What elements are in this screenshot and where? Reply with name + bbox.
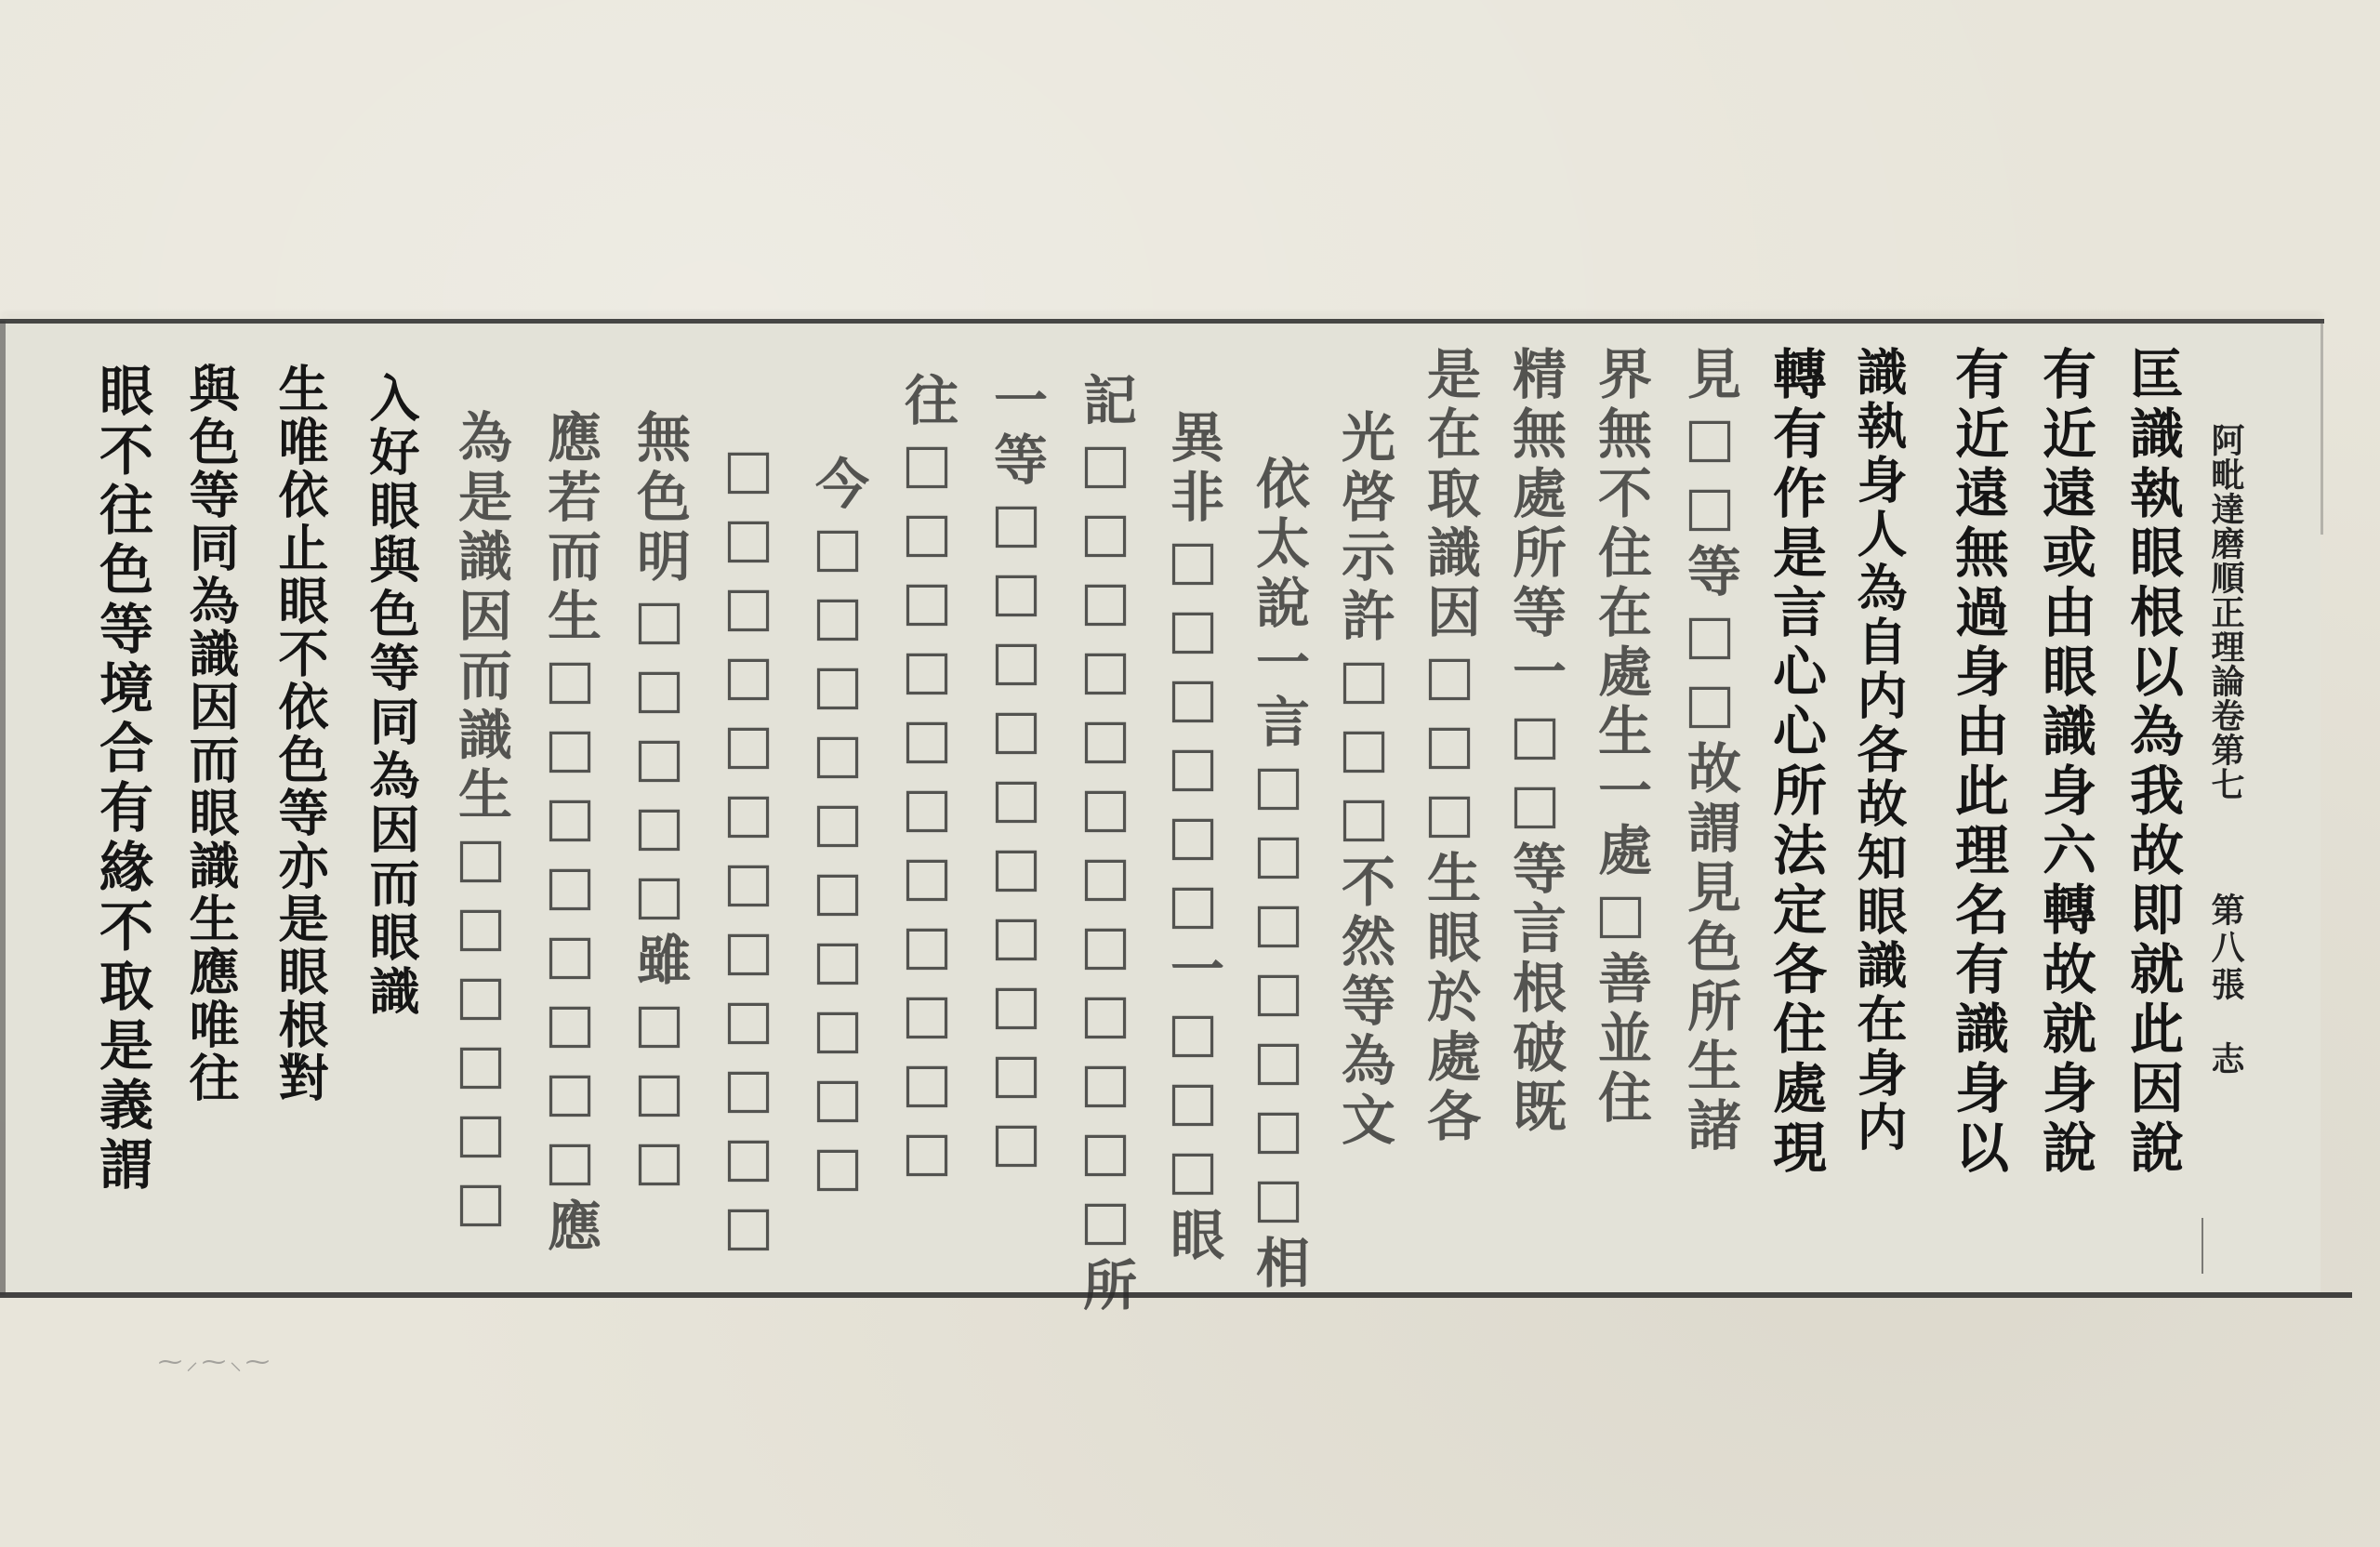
text-column-19: 應若而生□□□□□□□□應 (537, 409, 602, 1257)
text-column-21: 入好眼與色等同為因而眼識 (361, 372, 422, 1019)
text-column-22: 生唯依止眼不依色等亦是眼根對 (271, 363, 329, 1104)
carver-mark: 志 (2205, 1041, 2246, 1078)
text-column-23: 與色等同為識因而眼識生應唯往 (182, 363, 240, 1104)
text-column-3: 有近遠無過身由此理名有識身以 (1945, 346, 2010, 1179)
frame-left-border (0, 321, 6, 1295)
text-column-16: 今□□□□□□□□□□ (805, 456, 870, 1203)
margin-stroke (2201, 1218, 2203, 1274)
text-column-1: 匡識執眼根以為我故即就此因說 (2120, 346, 2185, 1179)
text-column-4: 識執身人為自内各故知眼識在身内 (1848, 346, 1910, 1155)
text-column-24: 眼不往色等境合有緣不取是義謂 (89, 363, 154, 1196)
text-column-18: 無色明□□□□□雖□□□ (627, 409, 692, 1197)
folio-number: 第八張 (2206, 892, 2245, 1004)
text-column-6: 見□□等□□故謂見色所生諸 (1677, 346, 1742, 1157)
text-column-2: 有近遠或由眼識身六轉故就身說 (2032, 346, 2097, 1179)
frame-top-border (0, 319, 2324, 324)
marginal-scribble: ⁓⸝⁓⸜⁓ (158, 1343, 273, 1377)
frame-bottom-border (0, 1292, 2352, 1298)
volume-title: 阿毗達磨順正理論卷第七 (2205, 423, 2246, 801)
text-column-17: □□□□□□□□□□□□ (716, 437, 781, 1263)
text-column-20: 為是識因而識生□□□□□□ (448, 409, 513, 1238)
text-column-8: 精無處所等一□□等言根破既 (1502, 346, 1567, 1138)
text-column-11: 依太說一言□□□□□□□相 (1246, 456, 1311, 1294)
text-column-14: 一等□□□□□□□□□□ (984, 372, 1049, 1179)
text-column-5: 轉有作是言心心所法定各住處現 (1763, 346, 1828, 1179)
text-column-13: 記□□□□□□□□□□□□所 (1073, 372, 1138, 1316)
text-column-15: 往□□□□□□□□□□□ (894, 372, 959, 1188)
text-column-7: 界無不住在處生一處□善並住 (1588, 346, 1653, 1129)
text-column-9: 是在取識因□□□生眼於處各 (1417, 346, 1482, 1147)
folio-label: 第八張志 (2205, 892, 2246, 1078)
text-column-10: 光啓示許□□□不然等為文 (1331, 409, 1396, 1151)
frame-right-border (2320, 321, 2323, 535)
text-column-12: 異非□□□□□□一□□□眼 (1160, 409, 1225, 1266)
